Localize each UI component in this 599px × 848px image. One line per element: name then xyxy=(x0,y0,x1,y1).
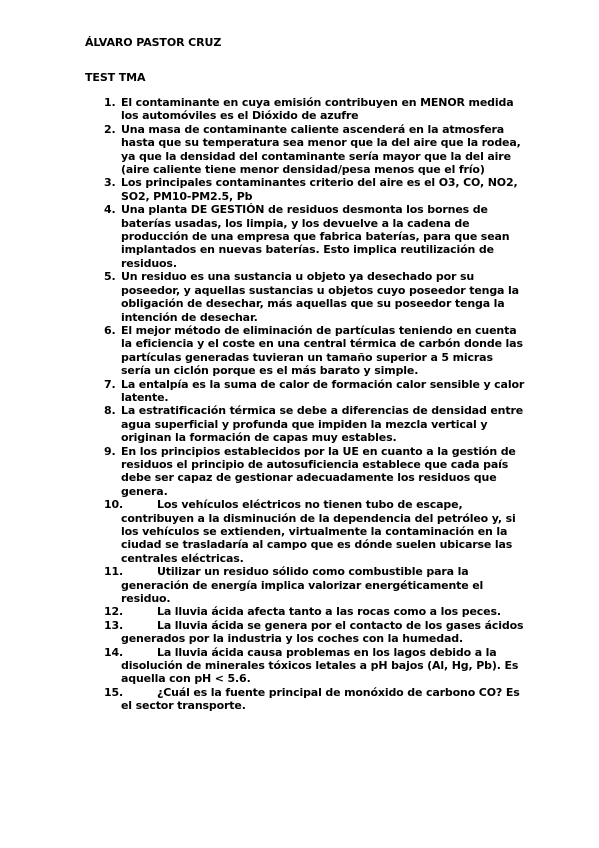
question-text: La lluvia ácida causa problemas en los l… xyxy=(121,646,518,686)
question-text: Los principales contaminantes criterio d… xyxy=(121,176,518,202)
question-item: 1. El contaminante en cuya emisión contr… xyxy=(85,96,525,123)
question-number: 4. xyxy=(104,203,116,216)
question-text: La lluvia ácida afecta tanto a las rocas… xyxy=(157,605,501,618)
question-number: 3. xyxy=(104,176,116,189)
question-text: Un residuo es una sustancia u objeto ya … xyxy=(121,270,519,323)
question-text: Los vehículos eléctricos no tienen tubo … xyxy=(121,498,516,565)
question-item: 14. La lluvia ácida causa problemas en l… xyxy=(85,646,525,686)
document-title: TEST TMA xyxy=(85,71,145,84)
question-text: El contaminante en cuya emisión contribu… xyxy=(121,96,514,122)
question-number: 2. xyxy=(104,123,116,136)
question-number: 11. xyxy=(104,565,123,578)
question-number: 8. xyxy=(104,404,116,417)
question-item: 10. Los vehículos eléctricos no tienen t… xyxy=(85,498,525,565)
question-item: 15. ¿Cuál es la fuente principal de monó… xyxy=(85,686,525,713)
question-item: 3. Los principales contaminantes criteri… xyxy=(85,176,525,203)
question-text: ¿Cuál es la fuente principal de monóxido… xyxy=(121,686,520,712)
question-text: Una planta DE GESTIÓN de residuos desmon… xyxy=(121,203,509,270)
question-number: 7. xyxy=(104,378,116,391)
question-text: La entalpía es la suma de calor de forma… xyxy=(121,378,524,404)
question-item: 13. La lluvia ácida se genera por el con… xyxy=(85,619,525,646)
document-page: ÁLVARO PASTOR CRUZ TEST TMA 1. El contam… xyxy=(0,0,599,848)
author-name: ÁLVARO PASTOR CRUZ xyxy=(85,36,221,49)
question-number: 5. xyxy=(104,270,116,283)
question-text: La estratificación térmica se debe a dif… xyxy=(121,404,523,444)
question-item: 9. En los principios establecidos por la… xyxy=(85,445,525,499)
question-item: 8. La estratificación térmica se debe a … xyxy=(85,404,525,444)
question-text: En los principios establecidos por la UE… xyxy=(121,445,516,498)
question-item: 4. Una planta DE GESTIÓN de residuos des… xyxy=(85,203,525,270)
question-text: Utilizar un residuo sólido como combusti… xyxy=(121,565,483,605)
question-number: 10. xyxy=(104,498,123,511)
question-item: 2. Una masa de contaminante caliente asc… xyxy=(85,123,525,177)
question-item: 12. La lluvia ácida afecta tanto a las r… xyxy=(85,605,525,618)
question-item: 7. La entalpía es la suma de calor de fo… xyxy=(85,378,525,405)
question-number: 6. xyxy=(104,324,116,337)
question-item: 5. Un residuo es una sustancia u objeto … xyxy=(85,270,525,324)
question-item: 6. El mejor método de eliminación de par… xyxy=(85,324,525,378)
question-number: 12. xyxy=(104,605,123,618)
question-number: 13. xyxy=(104,619,123,632)
question-number: 14. xyxy=(104,646,123,659)
question-number: 15. xyxy=(104,686,123,699)
question-list: 1. El contaminante en cuya emisión contr… xyxy=(85,96,525,713)
question-number: 9. xyxy=(104,445,116,458)
question-text: La lluvia ácida se genera por el contact… xyxy=(121,619,523,645)
question-number: 1. xyxy=(104,96,116,109)
question-text: El mejor método de eliminación de partíc… xyxy=(121,324,523,377)
question-item: 11. Utilizar un residuo sólido como comb… xyxy=(85,565,525,605)
question-text: Una masa de contaminante caliente ascend… xyxy=(121,123,521,176)
